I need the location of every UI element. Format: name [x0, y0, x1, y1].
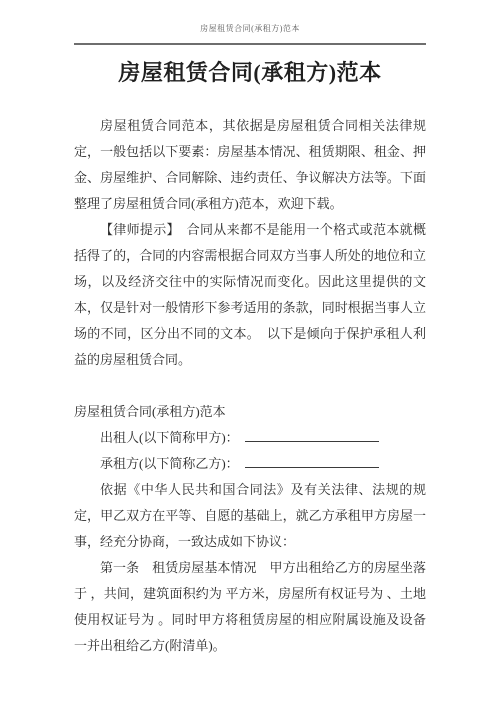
lawyer-tip-paragraph: 【律师提示】 合同从来都不是能用一个格式或范本就概括得了的，合同的内容需根据合同… [74, 217, 426, 373]
lessee-fill-in-blank [245, 454, 379, 468]
header-rule [74, 43, 426, 45]
legal-basis-paragraph: 依据《中华人民共和国合同法》及有关法律、法规的规定，甲乙双方在平等、自愿的基础上… [74, 477, 426, 555]
lessee-label: 承租方(以下简称乙方)： [100, 456, 239, 471]
clause-1-paragraph: 第一条 租赁房屋基本情况 甲方出租给乙方的房屋坐落于 ，共间，建筑面积约为 平方… [74, 555, 426, 659]
lessor-line: 出租人(以下简称甲方)： [74, 425, 426, 451]
lessor-label: 出租人(以下简称甲方)： [100, 430, 239, 445]
contract-subheading: 房屋租赁合同(承租方)范本 [74, 399, 426, 425]
document-title: 房屋租赁合同(承租方)范本 [74, 58, 426, 88]
intro-paragraph-1: 房屋租赁合同范本，其依据是房屋租赁合同相关法律规定，一般包括以下要素：房屋基本情… [74, 113, 426, 217]
lessee-line: 承租方(以下简称乙方)： [74, 451, 426, 477]
lessor-fill-in-blank [245, 428, 379, 442]
running-header-text: 房屋租赁合同(承租方)范本 [74, 24, 426, 34]
document-page: 房屋租赁合同(承租方)范本 房屋租赁合同(承租方)范本 房屋租赁合同范本，其依据… [0, 0, 500, 708]
